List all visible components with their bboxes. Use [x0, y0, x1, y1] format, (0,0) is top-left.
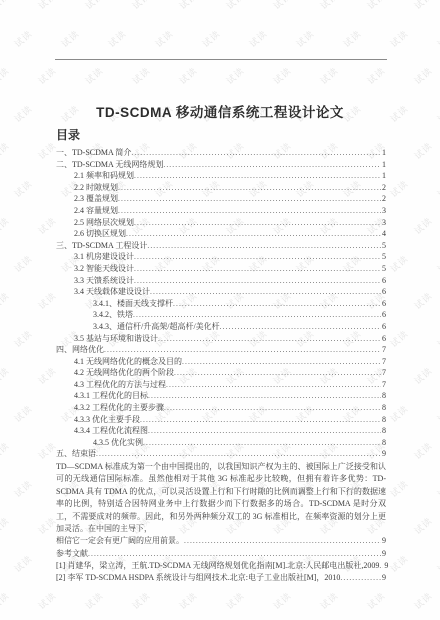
dot-leader	[220, 321, 381, 333]
watermark-text: 试读	[317, 64, 341, 87]
dot-leader	[182, 356, 381, 368]
toc-entry-page: 1	[381, 147, 386, 159]
toc-entry: 4.3.3 优化主要手段 8	[56, 414, 386, 426]
dot-leader	[104, 344, 381, 356]
watermark-text: 试读	[0, 64, 12, 87]
toc-entry-page: 6	[381, 275, 386, 287]
dot-leader	[133, 309, 381, 321]
watermark-text: 试读	[11, 251, 35, 274]
watermark-text: 试读	[387, 476, 411, 499]
toc-entry-label: 3.5 基站与环境和谐设计	[74, 333, 158, 345]
watermark-text: 试读	[11, 551, 35, 574]
dot-leader	[118, 205, 381, 217]
watermark-text: 试读	[387, 401, 411, 424]
watermark-text: 试读	[270, 589, 294, 612]
toc-entry-label: 2.5 网络层次规划	[74, 217, 134, 229]
watermark-text: 试读	[270, 0, 294, 12]
watermark-text: 试读	[199, 26, 223, 49]
watermark-text: 试读	[293, 26, 317, 49]
watermark-text: 试读	[317, 0, 341, 12]
watermark-text: 试读	[411, 514, 435, 537]
toc-entry: 3.4.1、楼面天线支撑杆 6	[56, 298, 386, 310]
watermark-text: 试读	[11, 176, 35, 199]
watermark-text: 试读	[387, 26, 411, 49]
reference-entry-page: 9	[381, 572, 386, 584]
toc-entry: 3.2 智能天线设计 5	[56, 263, 386, 275]
toc-entry-label: 3.4.2、铁塔	[93, 309, 133, 321]
toc-entry-label: 2.2 时隙规划	[74, 182, 118, 194]
toc-entry-label: 四、网络优化	[56, 344, 104, 356]
dot-leader	[134, 170, 381, 182]
toc-entry-label: 2.4 容量规划	[74, 205, 118, 217]
toc-entry-page: 2	[381, 182, 386, 194]
toc-entry-page: 8	[381, 437, 386, 449]
watermark-text: 试读	[0, 514, 12, 537]
toc-entry: 4.3 工程优化的方法与过程 7	[56, 379, 386, 391]
toc-entry-label: 4.3.5 优化实例	[93, 437, 143, 449]
watermark-text: 试读	[411, 589, 435, 612]
summary-paragraph: TD—SCDMA 标准成为第一个由中国提出的，以我国知识产权为主的、被国际上广泛…	[56, 461, 386, 535]
watermark-text: 试读	[364, 64, 388, 87]
dot-leader	[184, 535, 381, 547]
toc-entry-label: 3.3 天馈系统设计	[74, 275, 134, 287]
toc-entry-label: 4.3.4 工程优化流程图	[74, 425, 148, 437]
toc-entry: 2.6 切换区规划 4	[56, 228, 386, 240]
toc-entry-label: 2.6 切换区规划	[74, 228, 126, 240]
watermark-text: 试读	[434, 401, 440, 424]
toc-entry-label: 2.1 频率和码规划	[74, 170, 134, 182]
toc-entry: 3.1 机房建设设计 5	[56, 251, 386, 263]
toc-entry-page: 5	[381, 263, 386, 275]
watermark-text: 试读	[35, 589, 59, 612]
toc-entry-label: 4.2 无线网络优化的两个阶段	[74, 367, 174, 379]
watermark-text: 试读	[411, 214, 435, 237]
toc-entry: 3.4.2、铁塔 6	[56, 309, 386, 321]
dot-leader	[148, 425, 381, 437]
toc-entry-page: 8	[381, 425, 386, 437]
watermark-text: 试读	[82, 0, 106, 12]
toc-entry-page: 1	[381, 170, 386, 182]
watermark-text: 试读	[434, 26, 440, 49]
watermark-text: 试读	[340, 26, 364, 49]
watermark-text: 试读	[317, 589, 341, 612]
watermark-text: 试读	[411, 289, 435, 312]
toc-entry-page: 8	[381, 390, 386, 402]
watermark-text: 试读	[434, 551, 440, 574]
watermark-text: 试读	[0, 214, 12, 237]
watermark-text: 试读	[0, 439, 12, 462]
toc-entry: 3.4.3、通信杆/升高架/超高杆/美化杆 6	[56, 321, 386, 333]
toc-entry: 4.3.4 工程优化流程图 8	[56, 425, 386, 437]
dot-leader	[174, 367, 381, 379]
toc-entry: 4.1 无线网络优化的概念及目的 7	[56, 356, 386, 368]
watermark-text: 试读	[176, 0, 200, 12]
toc-entry: 3.3 天馈系统设计 6	[56, 275, 386, 287]
toc-entry: 五、结束语 9	[56, 448, 386, 460]
toc-entry-page: 3	[381, 205, 386, 217]
toc-entry: 三、TD-SCDMA 工程设计 5	[56, 240, 386, 252]
reference-entry-label: [1] 肖建华，梁立涛，王航.TD-SCDMA 无线网络规划优化指南[M].北京…	[56, 560, 379, 572]
summary-last-line: 相信它一定会有更广阔的应用前景。 9	[56, 535, 386, 547]
dot-leader	[134, 217, 381, 229]
watermark-text: 试读	[387, 176, 411, 199]
watermark-text: 试读	[434, 251, 440, 274]
reference-entry: [1] 肖建华，梁立涛，王航.TD-SCDMA 无线网络规划优化指南[M].北京…	[56, 560, 386, 572]
references-heading: 参考文献	[56, 548, 88, 560]
toc-entry-page: 6	[381, 321, 386, 333]
toc-entry-page: 6	[381, 309, 386, 321]
toc-entry: 四、网络优化 7	[56, 344, 386, 356]
toc-heading: 目录	[56, 126, 80, 143]
toc-entry: 4.3.2 工程优化的主要步骤 8	[56, 402, 386, 414]
toc-entry: 3.5 基站与环境和谐设计 6	[56, 333, 386, 345]
toc-entry: 4.3.5 优化实例 8	[56, 437, 386, 449]
toc-entry-page: 4	[381, 228, 386, 240]
toc-entry-label: 五、结束语	[56, 448, 96, 460]
dot-leader	[134, 275, 381, 287]
document-page: 试读试读试读试读试读试读试读试读试读试读试读试读试读试读试读试读试读试读试读试读…	[0, 0, 440, 620]
toc-entry-label: 4.1 无线网络优化的概念及目的	[74, 356, 182, 368]
header-rule	[55, 59, 387, 60]
watermark-text: 试读	[0, 289, 12, 312]
dot-leader	[134, 263, 381, 275]
dot-leader	[131, 147, 381, 159]
toc-entry-label: 4.3.1 工程优化的目标	[74, 390, 148, 402]
dot-leader	[163, 159, 381, 171]
summary-page: 9	[381, 535, 386, 547]
toc-entry: 2.1 频率和码规划 1	[56, 170, 386, 182]
toc-entry-page: 6	[381, 298, 386, 310]
watermark-text: 试读	[0, 364, 12, 387]
toc-entry-label: 一、TD-SCDMA 简介	[56, 147, 131, 159]
toc-entry-label: 3.4.1、楼面天线支撑杆	[93, 298, 173, 310]
toc-entry-page: 7	[381, 379, 386, 391]
watermark-text: 试读	[223, 64, 247, 87]
toc-entry-label: 二、TD-SCDMA 无线网络规划	[56, 159, 163, 171]
watermark-text: 试读	[246, 26, 270, 49]
watermark-text: 试读	[411, 139, 435, 162]
toc-list: 一、TD-SCDMA 简介 1 二、TD-SCDMA 无线网络规划 1 2.1 …	[56, 147, 386, 460]
toc-entry: 一、TD-SCDMA 简介 1	[56, 147, 386, 159]
watermark-text: 试读	[411, 64, 435, 87]
watermark-text: 试读	[129, 589, 153, 612]
watermark-text: 试读	[82, 589, 106, 612]
dot-leader	[96, 448, 381, 460]
toc-entry-label: 3.2 智能天线设计	[74, 263, 134, 275]
watermark-text: 试读	[387, 251, 411, 274]
toc-entry: 2.5 网络层次规划 3	[56, 217, 386, 229]
toc-entry-label: 2.3 覆盖规划	[74, 193, 118, 205]
watermark-text: 试读	[105, 26, 129, 49]
references-heading-page: 9	[381, 548, 386, 560]
toc-entry: 4.2 无线网络优化的两个阶段 7	[56, 367, 386, 379]
reference-entry-label: [2] 李军 TD-SCDMA HSDPA 系统设计与组网技术.北京:电子工业出…	[56, 572, 340, 584]
toc-entry-label: 4.3.2 工程优化的主要步骤	[74, 402, 164, 414]
watermark-text: 试读	[223, 589, 247, 612]
toc-entry-label: 3.4.3、通信杆/升高架/超高杆/美化杆	[93, 321, 220, 333]
watermark-text: 试读	[387, 326, 411, 349]
references-heading-row: 参考文献 9	[56, 548, 386, 560]
toc-entry-page: 9	[381, 448, 386, 460]
reference-entry: [2] 李军 TD-SCDMA HSDPA 系统设计与组网技术.北京:电子工业出…	[56, 572, 386, 584]
toc-entry-page: 1	[381, 159, 386, 171]
toc-entry-page: 2	[381, 193, 386, 205]
toc-entry-page: 7	[381, 367, 386, 379]
references-list: [1] 肖建华，梁立涛，王航.TD-SCDMA 无线网络规划优化指南[M].北京…	[56, 560, 386, 584]
dot-leader	[88, 548, 381, 560]
dot-leader	[118, 193, 381, 205]
watermark-text: 试读	[129, 0, 153, 12]
watermark-text: 试读	[364, 589, 388, 612]
dot-leader	[147, 240, 381, 252]
watermark-text: 试读	[152, 26, 176, 49]
dot-leader	[126, 228, 381, 240]
watermark-text: 试读	[11, 401, 35, 424]
watermark-text: 试读	[387, 551, 411, 574]
toc-entry-label: 3.4 天线载体建设设计	[74, 286, 150, 298]
watermark-text: 试读	[434, 326, 440, 349]
watermark-text: 试读	[223, 0, 247, 12]
watermark-text: 试读	[0, 139, 12, 162]
reference-entry-page: 9	[383, 560, 388, 572]
toc-entry-page: 3	[381, 217, 386, 229]
watermark-text: 试读	[434, 476, 440, 499]
watermark-text: 试读	[11, 26, 35, 49]
summary-last-line-text: 相信它一定会有更广阔的应用前景。	[56, 535, 184, 547]
dot-leader	[148, 390, 381, 402]
watermark-text: 试读	[58, 26, 82, 49]
toc-entry-page: 8	[381, 414, 386, 426]
dot-leader	[164, 402, 381, 414]
watermark-text: 试读	[129, 64, 153, 87]
watermark-text: 试读	[0, 589, 12, 612]
toc-entry: 2.2 时隙规划 2	[56, 182, 386, 194]
dot-leader	[173, 298, 381, 310]
watermark-text: 试读	[35, 0, 59, 12]
toc-entry: 2.4 容量规划 3	[56, 205, 386, 217]
dot-leader	[140, 414, 381, 426]
toc-entry-page: 8	[381, 402, 386, 414]
toc-entry-page: 7	[381, 344, 386, 356]
toc-entry: 4.3.1 工程优化的目标 8	[56, 390, 386, 402]
watermark-text: 试读	[411, 0, 435, 12]
toc-entry-label: 三、TD-SCDMA 工程设计	[56, 240, 147, 252]
dot-leader	[134, 251, 381, 263]
document-content: 一、TD-SCDMA 简介 1 二、TD-SCDMA 无线网络规划 1 2.1 …	[56, 147, 386, 584]
watermark-text: 试读	[82, 64, 106, 87]
watermark-text: 试读	[11, 326, 35, 349]
watermark-text: 试读	[364, 0, 388, 12]
dot-leader	[158, 333, 381, 345]
watermark-text: 试读	[434, 176, 440, 199]
dot-leader	[340, 572, 381, 584]
toc-entry-page: 5	[381, 240, 386, 252]
watermark-text: 试读	[35, 64, 59, 87]
watermark-text: 试读	[411, 364, 435, 387]
dot-leader	[150, 286, 381, 298]
dot-leader	[118, 182, 381, 194]
document-title: TD-SCDMA 移动通信系统工程设计论文	[0, 101, 440, 121]
dot-leader	[143, 437, 381, 449]
watermark-text: 试读	[411, 439, 435, 462]
toc-entry-label: 3.1 机房建设设计	[74, 251, 134, 263]
toc-entry-page: 5	[381, 251, 386, 263]
watermark-text: 试读	[11, 476, 35, 499]
watermark-text: 试读	[270, 64, 294, 87]
watermark-text: 试读	[0, 0, 12, 12]
toc-entry-page: 7	[381, 356, 386, 368]
toc-entry: 3.4 天线载体建设设计 6	[56, 286, 386, 298]
watermark-text: 试读	[176, 589, 200, 612]
toc-entry-label: 4.3.3 优化主要手段	[74, 414, 140, 426]
toc-entry: 2.3 覆盖规划 2	[56, 193, 386, 205]
toc-entry-label: 4.3 工程优化的方法与过程	[74, 379, 166, 391]
dot-leader	[166, 379, 381, 391]
watermark-text: 试读	[176, 64, 200, 87]
toc-entry: 二、TD-SCDMA 无线网络规划 1	[56, 159, 386, 171]
toc-entry-page: 6	[381, 286, 386, 298]
toc-entry-page: 6	[381, 333, 386, 345]
